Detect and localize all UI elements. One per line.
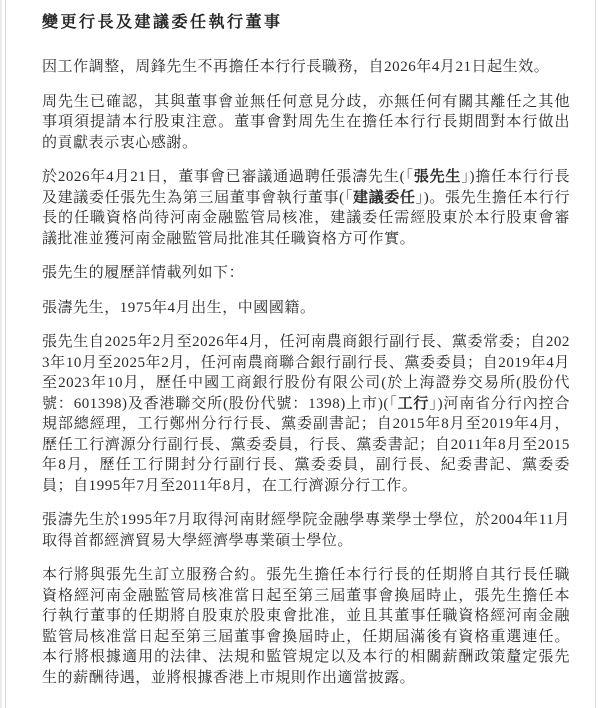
text-run: 因工作調整，周鋒先生不再擔任本行行長職務，自2026年4月21日起生效。	[42, 59, 549, 75]
text-run: 張濤先生於1995年7月取得河南財經學院金融學專業學士學位，於2004年11月取…	[42, 512, 570, 549]
document-content: 變更行長及建議委任執行董事 因工作調整，周鋒先生不再擔任本行行長職務，自2026…	[0, 0, 600, 702]
text-run: 張濤先生，1975年4月出生，中國國籍。	[42, 300, 316, 316]
text-run: 周先生已確認，其與董事會並無任何意見分歧，亦無任何有關其離任之其他事項須提請本行…	[42, 94, 570, 151]
emphasized-term: 建議委任	[353, 190, 416, 206]
text-run: 於2026年4月21日，董事會已審議通過聘任張濤先生(「	[42, 169, 414, 185]
paragraph: 張先生自2025年2月至2026年4月，任河南農商銀行副行長、黨委常委；自202…	[42, 332, 570, 496]
paragraph: 因工作調整，周鋒先生不再擔任本行行長職務，自2026年4月21日起生效。	[42, 57, 570, 78]
text-run: 本行將與張先生訂立服務合約。張先生擔任本行行長的任期將自其行長任職資格經河南金融…	[42, 567, 570, 686]
paragraph: 周先生已確認，其與董事會並無任何意見分歧，亦無任何有關其離任之其他事項須提請本行…	[42, 92, 570, 154]
paragraph: 本行將與張先生訂立服務合約。張先生擔任本行行長的任期將自其行長任職資格經河南金融…	[42, 565, 570, 688]
emphasized-term: 工行	[398, 396, 430, 412]
paragraph: 張濤先生於1995年7月取得河南財經學院金融學專業學士學位，於2004年11月取…	[42, 510, 570, 551]
document-body: 因工作調整，周鋒先生不再擔任本行行長職務，自2026年4月21日起生效。周先生已…	[42, 57, 570, 688]
emphasized-term: 張先生	[414, 169, 461, 185]
text-run: 張先生的履歷詳情載列如下：	[42, 265, 244, 281]
document-title: 變更行長及建議委任執行董事	[42, 9, 570, 32]
paragraph: 張濤先生，1975年4月出生，中國國籍。	[42, 298, 570, 319]
paragraph: 於2026年4月21日，董事會已審議通過聘任張濤先生(「張先生」)擔任本行行長及…	[42, 167, 570, 249]
announcement-page: 變更行長及建議委任執行董事 因工作調整，周鋒先生不再擔任本行行長職務，自2026…	[0, 0, 600, 708]
paragraph: 張先生的履歷詳情載列如下：	[42, 263, 570, 284]
